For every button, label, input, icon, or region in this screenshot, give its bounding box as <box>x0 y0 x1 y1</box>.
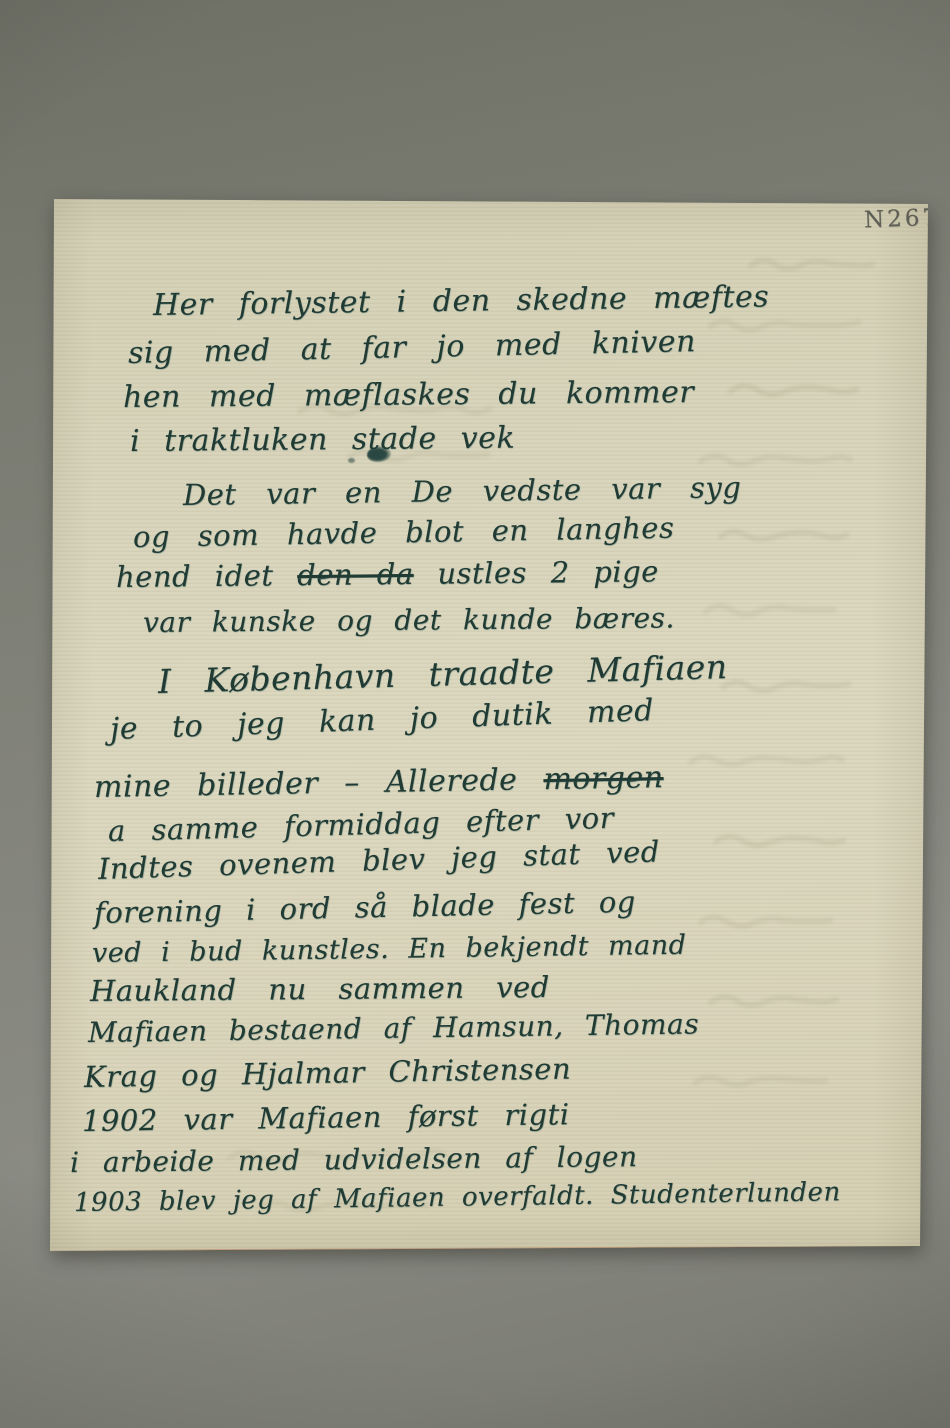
manuscript-line: og som havde blot en langhes <box>133 511 675 554</box>
manuscript-line: hen med mæflaskes du kommer <box>123 375 694 415</box>
manuscript-line: i arbeide med udvidelsen af logen <box>70 1140 638 1179</box>
manuscript-line: Her forlystet i den skedne mæftes <box>153 279 770 323</box>
manuscript-line: i traktluken stade vek <box>130 421 515 459</box>
manuscript-line: ved i bud kunstles. En bekjendt mand <box>92 930 687 969</box>
manuscript-line: mine billeder – Allerede morgen <box>94 760 664 805</box>
crossed-out-word: den da <box>297 557 414 592</box>
manuscript-paper-sheet: N267 Her forlystet i den skedne mæftes s… <box>48 196 934 1256</box>
manuscript-line: 1903 blev jeg af Mafiaen overfaldt. Stud… <box>74 1177 841 1218</box>
manuscript-line-segment: ustles 2 pige <box>413 554 659 591</box>
manuscript-line-segment: mine billeder – Allerede <box>94 762 544 805</box>
handwriting-layer: Her forlystet i den skedne mæftes sig me… <box>48 196 934 1256</box>
manuscript-line: je to jeg kan jo dutik med <box>109 693 654 747</box>
manuscript-line: forening i ord så blade fest og <box>94 885 636 930</box>
manuscript-line: Krag og Hjalmar Christensen <box>84 1052 572 1094</box>
manuscript-line: sig med at far jo med kniven <box>128 324 697 371</box>
manuscript-line: Haukland nu sammen ved <box>90 970 550 1008</box>
manuscript-line: hend idet den da ustles 2 pige <box>116 554 659 594</box>
manuscript-line: Det var en De vedste var syg <box>183 470 742 512</box>
manuscript-line: var kunske og det kunde bæres. <box>143 601 675 639</box>
crossed-out-word: morgen <box>543 760 664 797</box>
manuscript-paper-wrapper: N267 Her forlystet i den skedne mæftes s… <box>48 196 934 1256</box>
manuscript-line-segment: hend idet <box>116 558 298 594</box>
manuscript-line: Mafiaen bestaend af Hamsun, Thomas <box>88 1007 700 1049</box>
manuscript-line: 1902 var Mafiaen først rigti <box>82 1097 570 1138</box>
